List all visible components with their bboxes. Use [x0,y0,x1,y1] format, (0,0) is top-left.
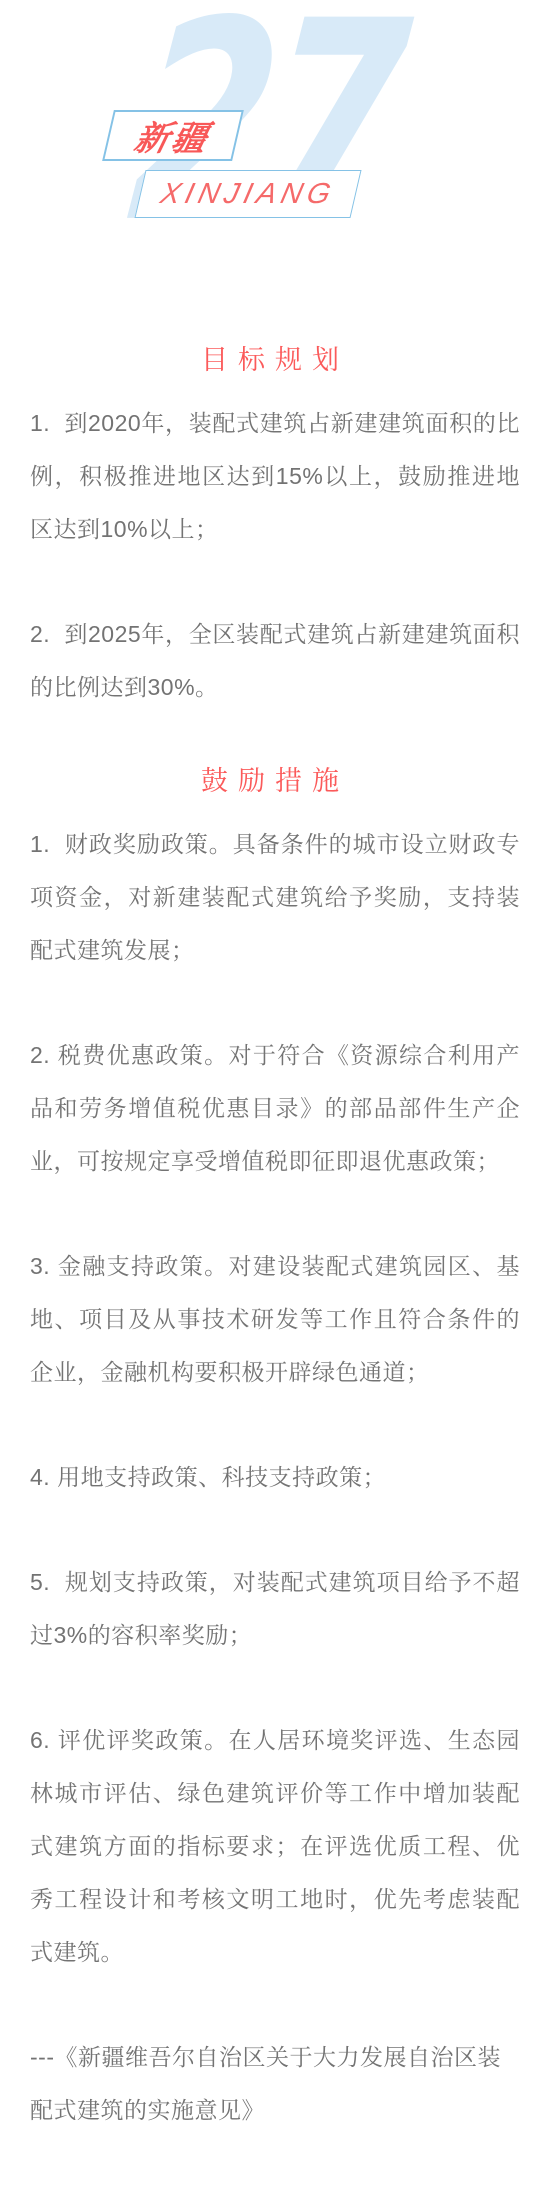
goal-item-2: 2. 到2025年，全区装配式建筑占新建建筑面积的比例达到30%。 [30,608,520,714]
province-name-en-badge: XINJIANG [134,170,361,218]
province-name-cn: 新疆 [130,111,215,160]
measure-item-1: 1. 财政奖励政策。具备条件的城市设立财政专项资金，对新建装配式建筑给予奖励，支… [30,818,520,977]
measure-item-6: 6. 评优评奖政策。在人居环境奖评选、生态园林城市评估、绿色建筑评价等工作中增加… [30,1714,520,1979]
section-title-goal-planning: 目标规划 [30,345,520,375]
measure-item-3: 3. 金融支持政策。对建设装配式建筑园区、基地、项目及从事技术研发等工作且符合条… [30,1240,520,1399]
measure-item-5: 5. 规划支持政策，对装配式建筑项目给予不超过3%的容积率奖励； [30,1556,520,1662]
source-citation: ---《新疆维吾尔自治区关于大力发展自治区装配式建筑的实施意见》 [30,2031,520,2137]
page-content: 目标规划 1. 到2020年，装配式建筑占新建建筑面积的比例，积极推进地区达到1… [0,345,550,2137]
province-name-badge: 新疆 [102,110,244,161]
section-title-incentive-measures: 鼓励措施 [30,766,520,796]
measure-item-2: 2. 税费优惠政策。对于符合《资源综合利用产品和劳务增值税优惠目录》的部品部件生… [30,1029,520,1188]
page-header: 27 新疆 XINJIANG [0,0,550,300]
goal-item-1: 1. 到2020年，装配式建筑占新建建筑面积的比例，积极推进地区达到15%以上，… [30,397,520,556]
measure-item-4: 4. 用地支持政策、科技支持政策； [30,1451,520,1504]
province-name-en: XINJIANG [157,178,338,211]
